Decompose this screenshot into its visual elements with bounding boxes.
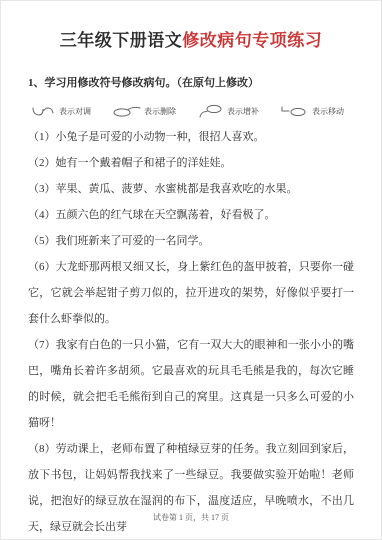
legend-label-delete: 表示删除 <box>144 106 176 117</box>
proofreading-marks-legend: 表示对调 表示删除 表示增补 <box>32 104 354 118</box>
question-6: （6）大龙虾那两根又细又长，身上紫红色的盔甲披着，只要你一碰它，它就会举起钳子剪… <box>28 254 354 332</box>
question-4: （4）五颜六色的红气球在天空飘荡着，好看极了。 <box>28 202 354 228</box>
page-title-black: 三年级下册语文 <box>60 31 183 50</box>
section-heading: 1、学习用修改符号修改病句。（在原句上修改） <box>28 75 354 91</box>
page-title-red: 修改病句专项练习 <box>182 31 322 50</box>
legend-item-swap: 表示对调 <box>32 105 91 117</box>
legend-item-insert: 表示增补 <box>198 104 259 118</box>
page-footer: 试卷第 1 页，共 17 页 <box>1 512 381 523</box>
document-page: 三年级下册语文修改病句专项练习 1、学习用修改符号修改病句。（在原句上修改） 表… <box>1 1 381 539</box>
question-list: （1）小兔子是可爱的小动物一种，很招人喜欢。 （2）她有一个戴着帽子和裙子的洋娃… <box>28 124 354 540</box>
question-2: （2）她有一个戴着帽子和裙子的洋娃娃。 <box>28 150 354 176</box>
legend-item-delete: 表示删除 <box>113 105 176 117</box>
insert-mark-icon <box>198 104 224 118</box>
page-title: 三年级下册语文修改病句专项练习 <box>28 29 354 53</box>
legend-label-swap: 表示对调 <box>59 106 91 117</box>
legend-label-insert: 表示增补 <box>227 106 259 117</box>
legend-item-move: 表示移动 <box>281 105 344 117</box>
swap-mark-icon <box>32 105 56 117</box>
question-5: （5）我们班新来了可爱的一名同学。 <box>28 228 354 254</box>
move-mark-icon <box>281 105 309 117</box>
question-1: （1）小兔子是可爱的小动物一种，很招人喜欢。 <box>28 124 354 150</box>
question-3: （3）苹果、黄瓜、菠萝、水蜜桃都是我喜欢吃的水果。 <box>28 176 354 202</box>
question-8: （8）劳动课上，老师布置了种植绿豆芽的任务。我立刻回到家后，放下书包，让妈妈帮我… <box>28 436 354 540</box>
legend-label-move: 表示移动 <box>312 106 344 117</box>
question-7: （7）我家有白色的一只小猫，它有一双大大的眼神和一张小小的嘴巴，嘴角长着许多胡须… <box>28 332 354 436</box>
delete-mark-icon <box>113 105 141 117</box>
